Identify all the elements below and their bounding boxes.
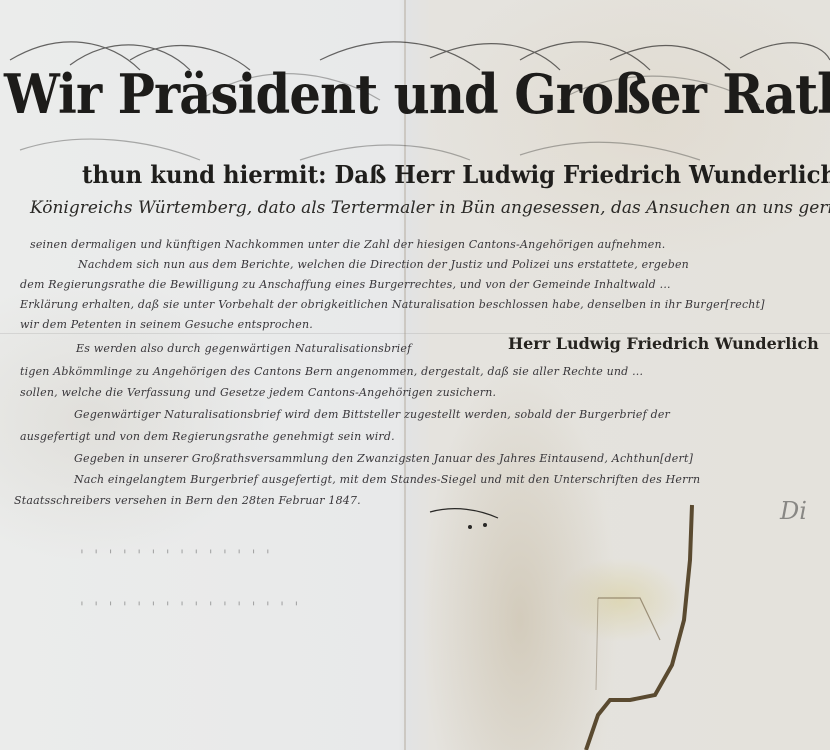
faded-show-through-text-1: ' ' ' ' ' ' ' ' ' ' ' ' ' ' [80,548,273,564]
inline-person-name: Herr Ludwig Friedrich Wunderlich [508,334,819,353]
body-line-12: Gegeben in unserer Großrathsversammlung … [74,452,693,465]
body-line-14: Staatsschreibers versehen in Bern den 28… [14,494,361,507]
body-line-13: Nach eingelangtem Burgerbrief ausgeferti… [74,473,700,486]
signature-fragment: Di [780,497,807,525]
body-line-8: tigen Abkömmlinge zu Angehörigen des Can… [20,365,643,378]
faded-show-through-text-2: ' ' ' ' ' ' ' ' ' ' ' ' ' ' ' ' [80,600,301,616]
body-line-6: wir dem Petenten in seinem Gesuche entsp… [20,318,313,331]
body-line-5: Erklärung erhalten, daß sie unter Vorbeh… [20,298,765,311]
body-line-7: Es werden also durch gegenwärtigen Natur… [76,342,411,355]
body-line-9: sollen, welche die Verfassung und Gesetz… [20,386,496,399]
document-title: Wir Präsident und Großer Rath des Ca[nto… [4,62,830,126]
body-line-4: dem Regierungsrathe die Bewilligung zu A… [20,278,671,291]
body-line-3: Nachdem sich nun aus dem Berichte, welch… [78,258,689,271]
body-line-2: seinen dermaligen und künftigen Nachkomm… [30,238,665,251]
body-line-11: ausgefertigt und von dem Regierungsrathe… [20,430,395,443]
document-subtitle: thun kund hiermit: Daß Herr Ludwig Fried… [82,160,830,189]
body-line-1: Königreichs Würtemberg, dato als Terterm… [30,198,830,218]
body-line-10: Gegenwärtiger Naturalisationsbrief wird … [74,408,670,421]
